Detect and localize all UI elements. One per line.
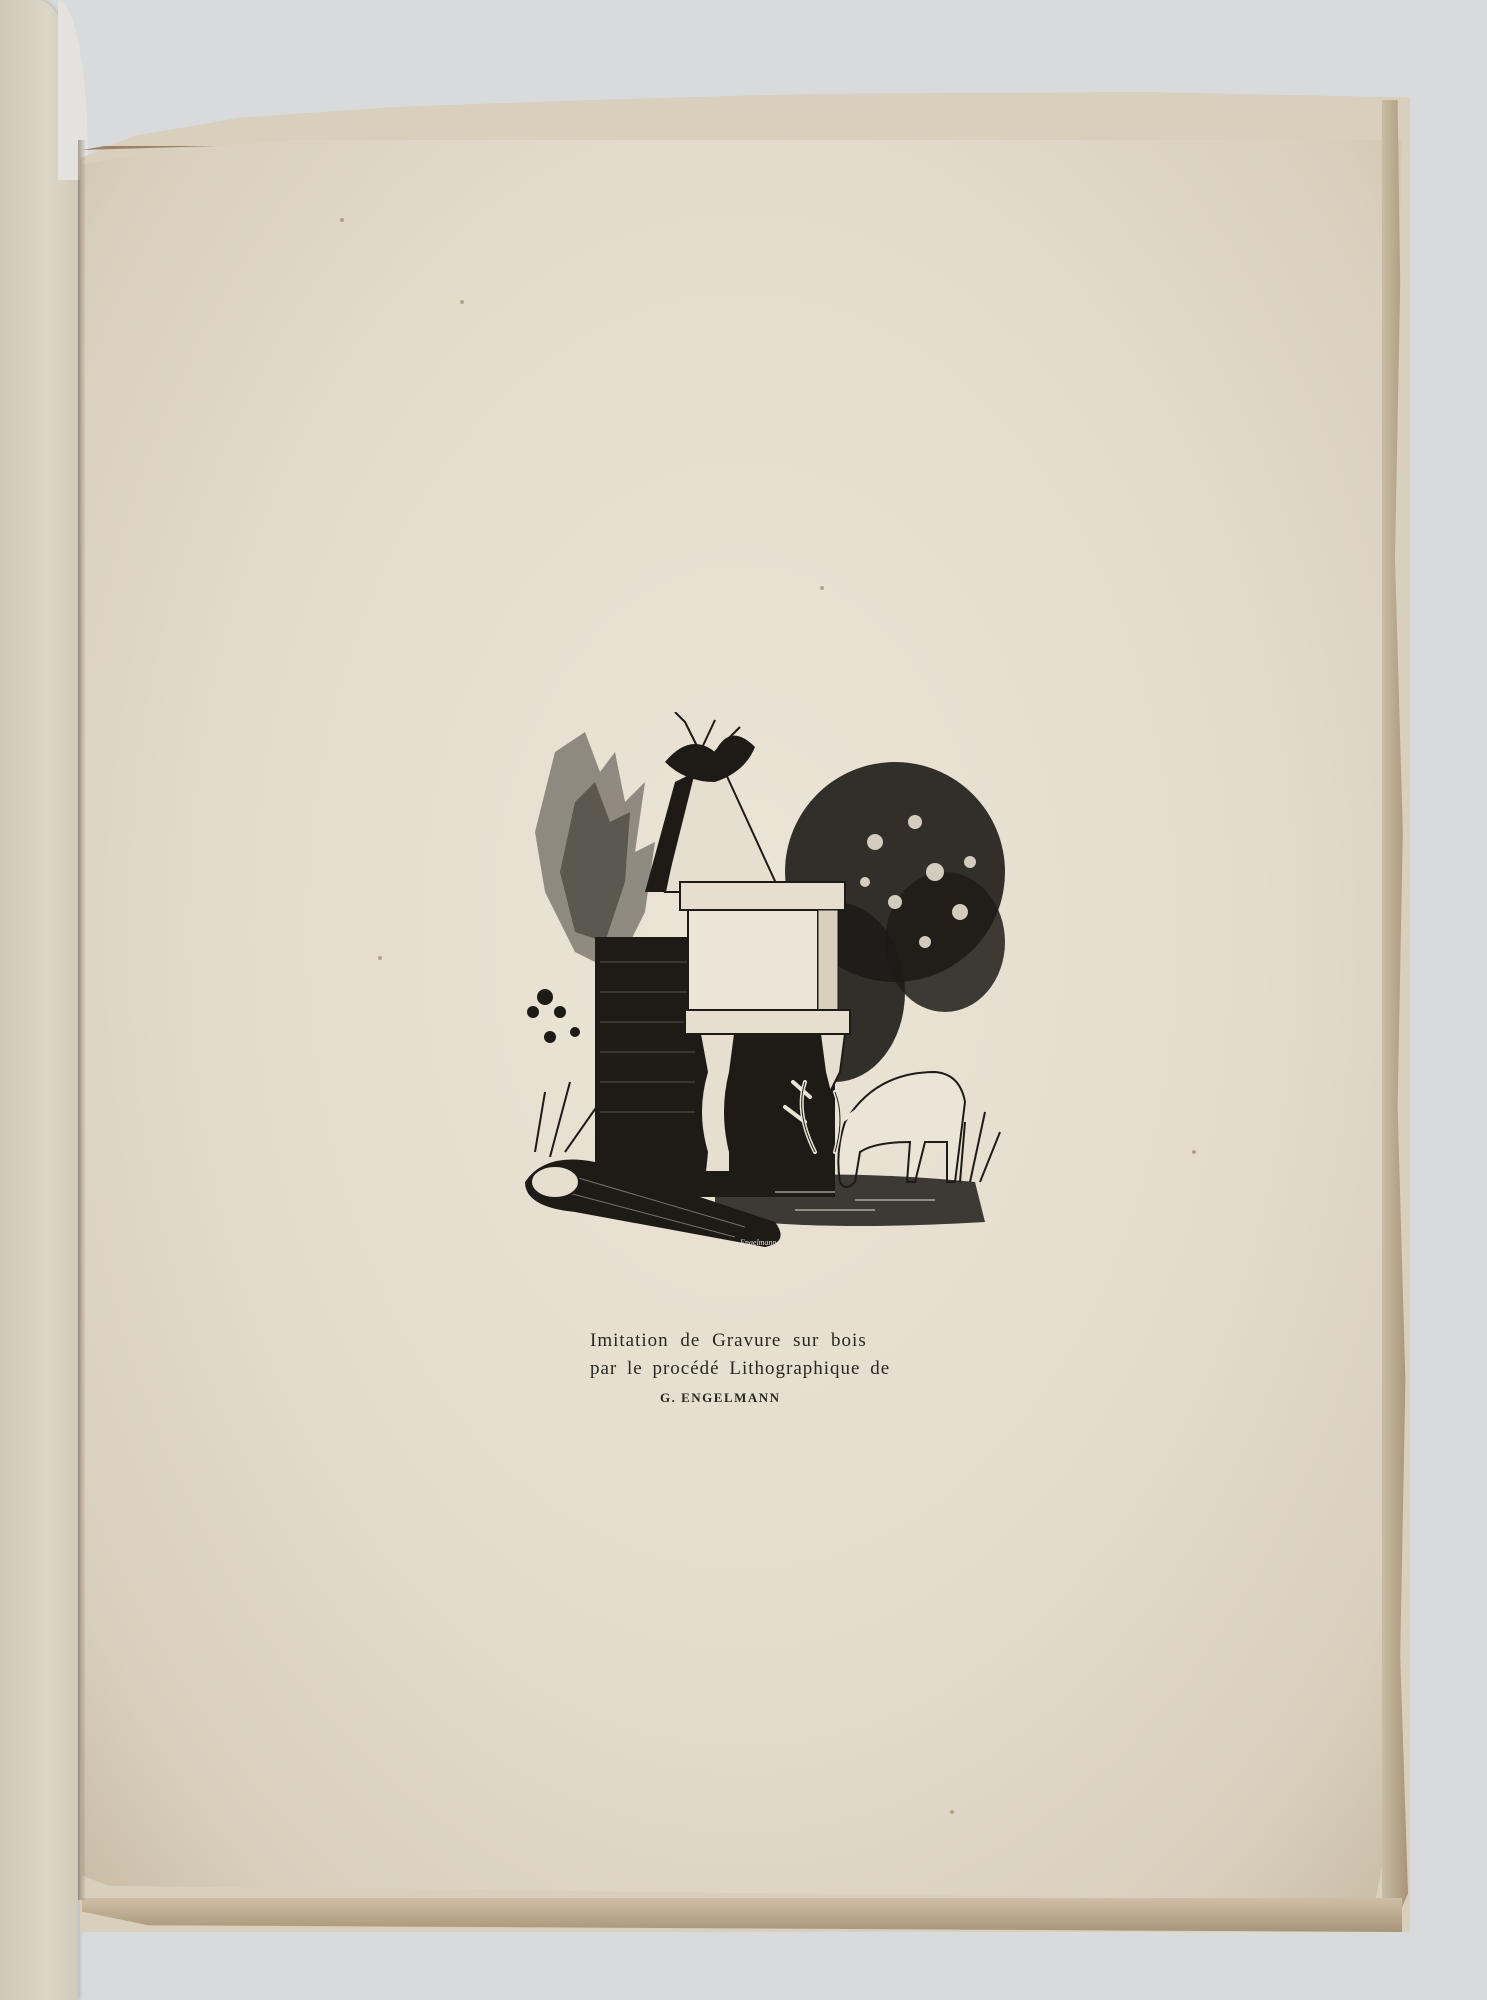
foxing-spot	[950, 1810, 954, 1814]
engraver-signature: Engelmann	[740, 1238, 776, 1247]
engraving-illustration	[515, 712, 1005, 1252]
caption-line-1: Imitation de Gravure sur bois	[590, 1330, 867, 1352]
foxing-spot	[1192, 1150, 1196, 1154]
gutter-shadow	[78, 140, 86, 1900]
foxing-spot	[378, 956, 382, 960]
left-page-edge	[0, 0, 78, 2000]
caption-line-2: par le procédé Lithographique de	[590, 1358, 890, 1380]
foxing-spot	[460, 300, 464, 304]
foxing-spot	[340, 218, 344, 222]
caption-author: G. ENGELMANN	[660, 1390, 781, 1406]
foxing-spot	[820, 586, 824, 590]
